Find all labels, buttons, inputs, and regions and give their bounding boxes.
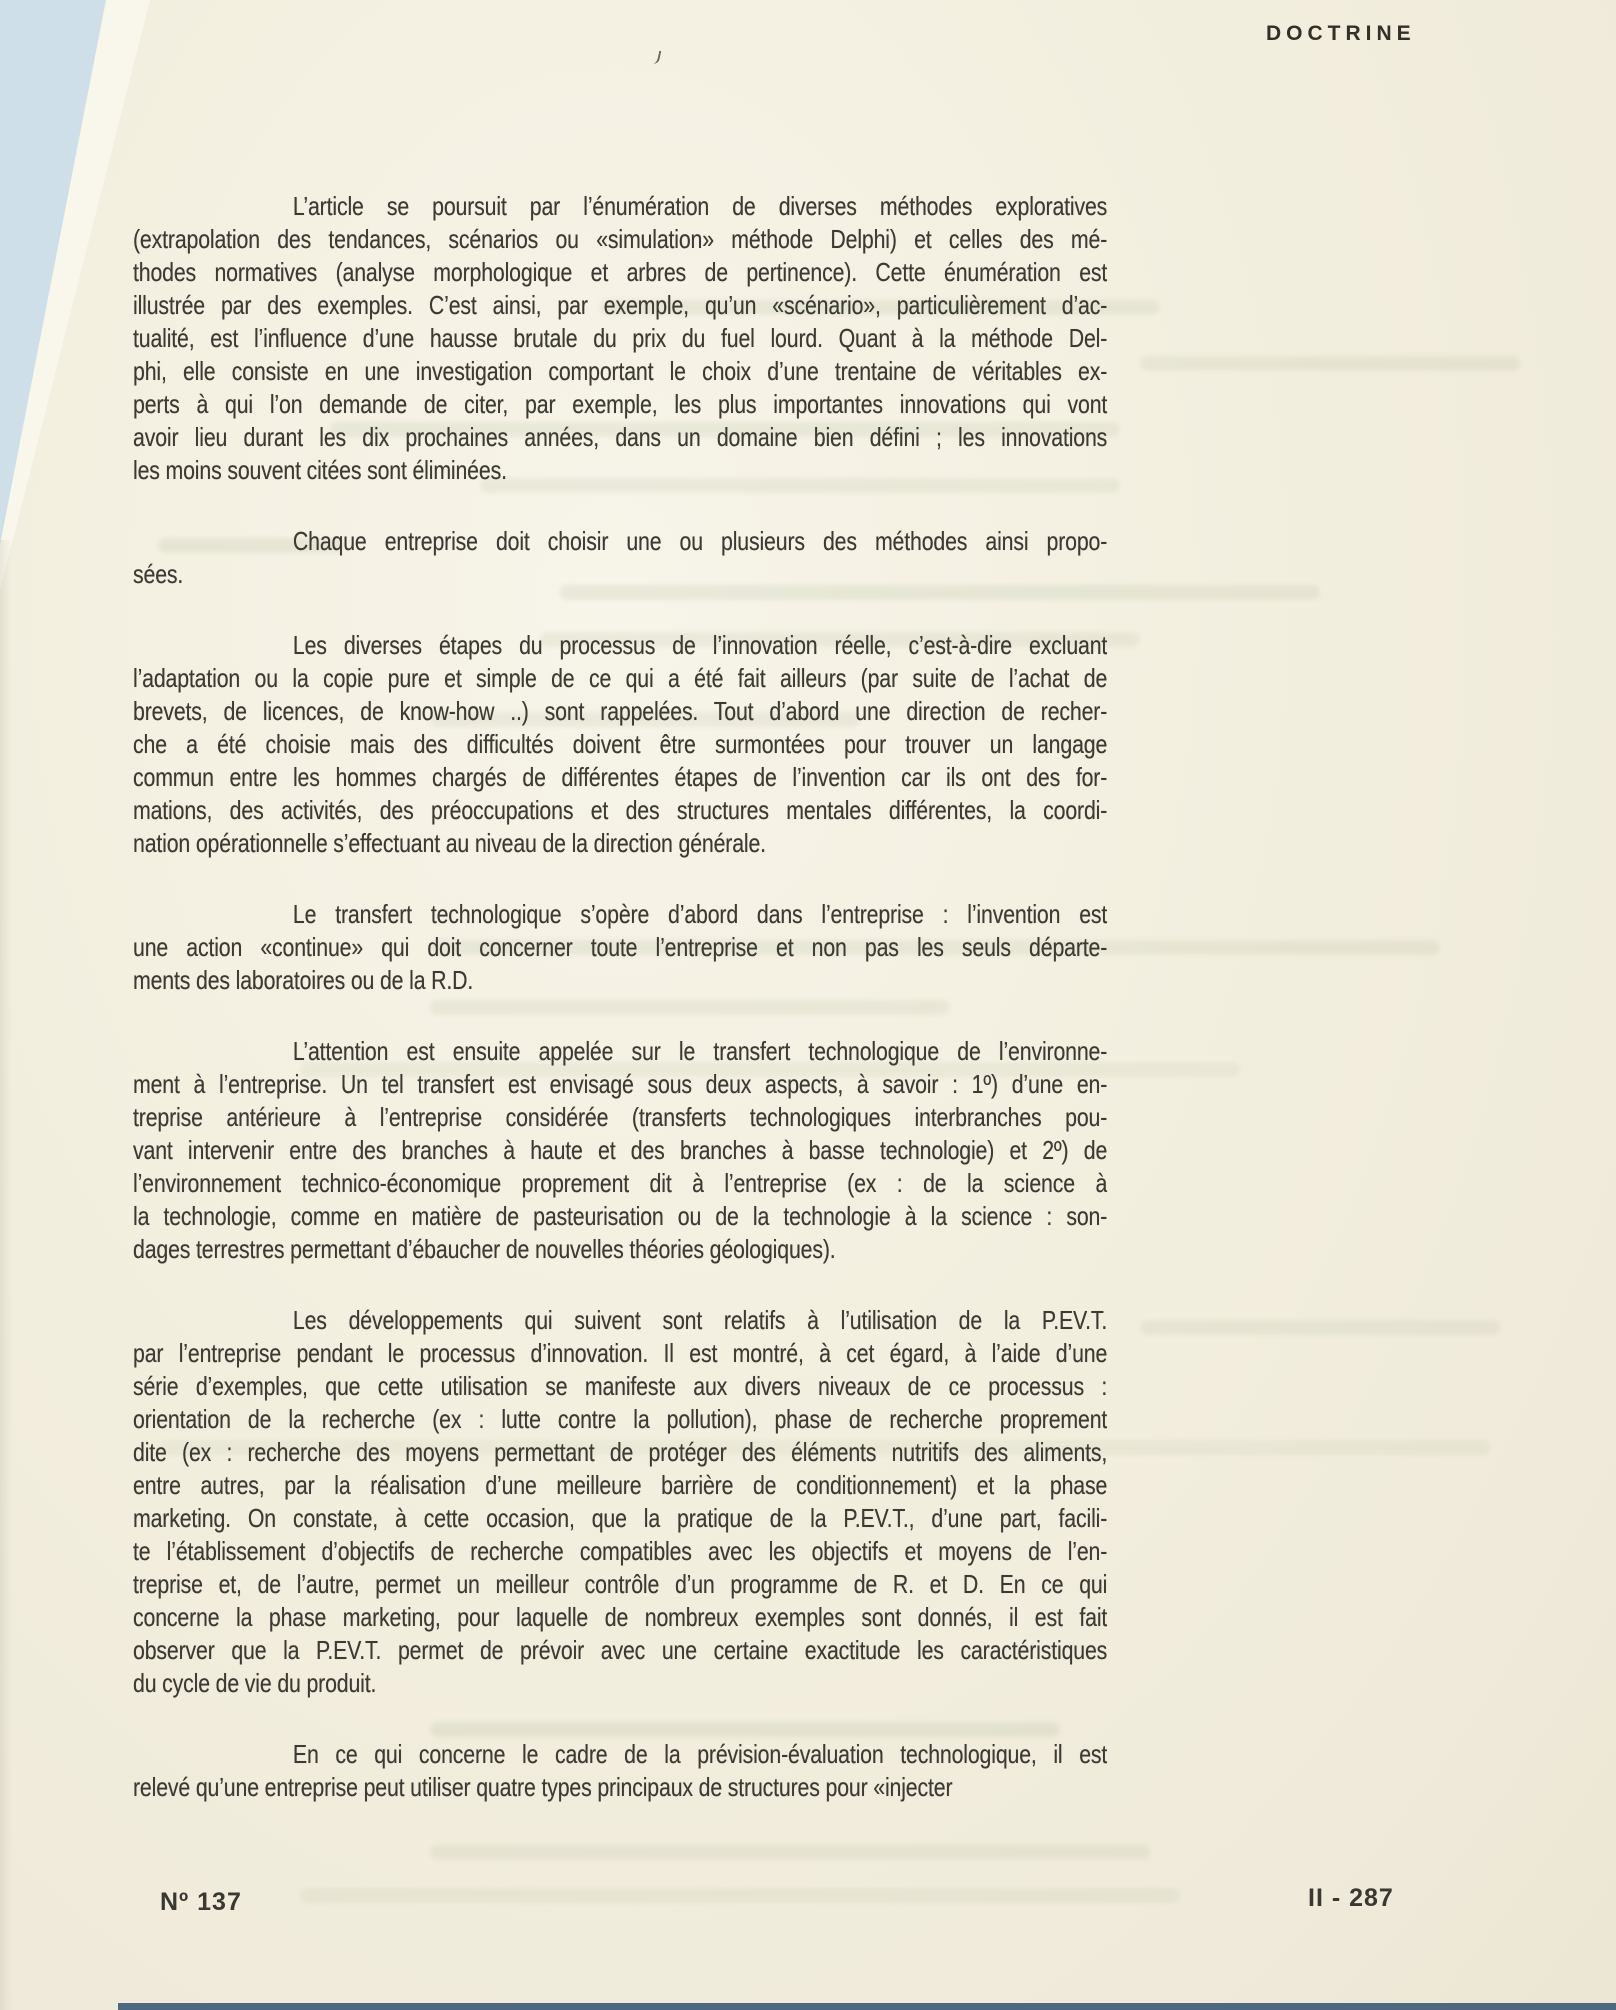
text-line: une action «continue» qui doit concerner… bbox=[133, 931, 1107, 964]
text-line: Le transfert technologique s’opère d’abo… bbox=[133, 898, 1107, 931]
footer-issue-number: Nº 137 bbox=[160, 1888, 242, 1917]
text-line: dite (ex : recherche des moyens permetta… bbox=[133, 1436, 1107, 1469]
text-line: les moins souvent citées sont éliminées. bbox=[133, 454, 1107, 487]
text-line: L’article se poursuit par l’énumération … bbox=[133, 190, 1107, 223]
paragraph: Chaque entreprise doit choisir une ou pl… bbox=[133, 525, 1107, 591]
text-line: sées. bbox=[133, 558, 1107, 591]
text-line: perts à qui l’on demande de citer, par e… bbox=[133, 388, 1107, 421]
text-line: la technologie, comme en matière de past… bbox=[133, 1200, 1107, 1233]
bleed-through-ghost bbox=[430, 1845, 1150, 1860]
paragraph: Les développements qui suivent sont rela… bbox=[133, 1304, 1107, 1700]
text-line: thodes normatives (analyse morphologique… bbox=[133, 256, 1107, 289]
text-line: avoir lieu durant les dix prochaines ann… bbox=[133, 421, 1107, 454]
text-line: vant intervenir entre des branches à hau… bbox=[133, 1134, 1107, 1167]
text-line: te l’établissement d’objectifs de recher… bbox=[133, 1535, 1107, 1568]
paragraph: L’article se poursuit par l’énumération … bbox=[133, 190, 1107, 487]
text-line: treprise antérieure à l’entreprise consi… bbox=[133, 1101, 1107, 1134]
page-left-edge-shadow bbox=[0, 540, 12, 2010]
text-line: du cycle de vie du produit. bbox=[133, 1667, 1107, 1700]
paragraph: L’attention est ensuite appelée sur le t… bbox=[133, 1035, 1107, 1266]
bleed-through-ghost bbox=[300, 1888, 1180, 1903]
text-line: illustrée par des exemples. C’est ainsi,… bbox=[133, 289, 1107, 322]
text-line: (extrapolation des tendances, scénarios … bbox=[133, 223, 1107, 256]
text-line: ments des laboratoires ou de la R.D. bbox=[133, 964, 1107, 997]
text-column: L’article se poursuit par l’énumération … bbox=[133, 190, 1107, 1804]
text-line: che a été choisie mais des difficultés d… bbox=[133, 728, 1107, 761]
text-line: entre autres, par la réalisation d’une m… bbox=[133, 1469, 1107, 1502]
text-line: commun entre les hommes chargés de diffé… bbox=[133, 761, 1107, 794]
paragraph: Le transfert technologique s’opère d’abo… bbox=[133, 898, 1107, 997]
text-line: tualité, est l’influence d’une hausse br… bbox=[133, 322, 1107, 355]
text-line: série d’exemples, que cette utilisation … bbox=[133, 1370, 1107, 1403]
text-line: treprise et, de l’autre, permet un meill… bbox=[133, 1568, 1107, 1601]
text-line: ment à l’entreprise. Un tel transfert es… bbox=[133, 1068, 1107, 1101]
text-line: L’attention est ensuite appelée sur le t… bbox=[133, 1035, 1107, 1068]
bleed-through-ghost bbox=[1140, 1320, 1500, 1335]
text-line: orientation de la recherche (ex : lutte … bbox=[133, 1403, 1107, 1436]
text-line: Les diverses étapes du processus de l’in… bbox=[133, 629, 1107, 662]
bleed-through-ghost bbox=[1140, 356, 1520, 371]
scanned-page: DOCTRINE L’article se poursuit par l’énu… bbox=[0, 0, 1616, 2010]
text-line: observer que la P.EV.T. permet de prévoi… bbox=[133, 1634, 1107, 1667]
text-line: l’adaptation ou la copie pure et simple … bbox=[133, 662, 1107, 695]
text-line: En ce qui concerne le cadre de la prévis… bbox=[133, 1738, 1107, 1771]
text-line: phi, elle consiste en une investigation … bbox=[133, 355, 1107, 388]
text-line: Les développements qui suivent sont rela… bbox=[133, 1304, 1107, 1337]
scanner-bottom-strip bbox=[118, 2003, 1616, 2010]
text-line: nation opérationnelle s’effectuant au ni… bbox=[133, 827, 1107, 860]
scan-artifact-mark bbox=[651, 49, 662, 64]
text-line: marketing. On constate, à cette occasion… bbox=[133, 1502, 1107, 1535]
text-line: concerne la phase marketing, pour laquel… bbox=[133, 1601, 1107, 1634]
section-header: DOCTRINE bbox=[1266, 22, 1416, 46]
text-line: dages terrestres permettant d’ébaucher d… bbox=[133, 1233, 1107, 1266]
text-line: relevé qu’une entreprise peut utiliser q… bbox=[133, 1771, 1107, 1804]
paragraph: En ce qui concerne le cadre de la prévis… bbox=[133, 1738, 1107, 1804]
text-line: par l’entreprise pendant le processus d’… bbox=[133, 1337, 1107, 1370]
text-line: Chaque entreprise doit choisir une ou pl… bbox=[133, 525, 1107, 558]
paragraph: Les diverses étapes du processus de l’in… bbox=[133, 629, 1107, 860]
footer-page-number: II - 287 bbox=[1308, 1884, 1394, 1913]
text-line: l’environnement technico-économique prop… bbox=[133, 1167, 1107, 1200]
text-line: mations, des activités, des préoccupatio… bbox=[133, 794, 1107, 827]
text-line: brevets, de licences, de know-how ..) so… bbox=[133, 695, 1107, 728]
